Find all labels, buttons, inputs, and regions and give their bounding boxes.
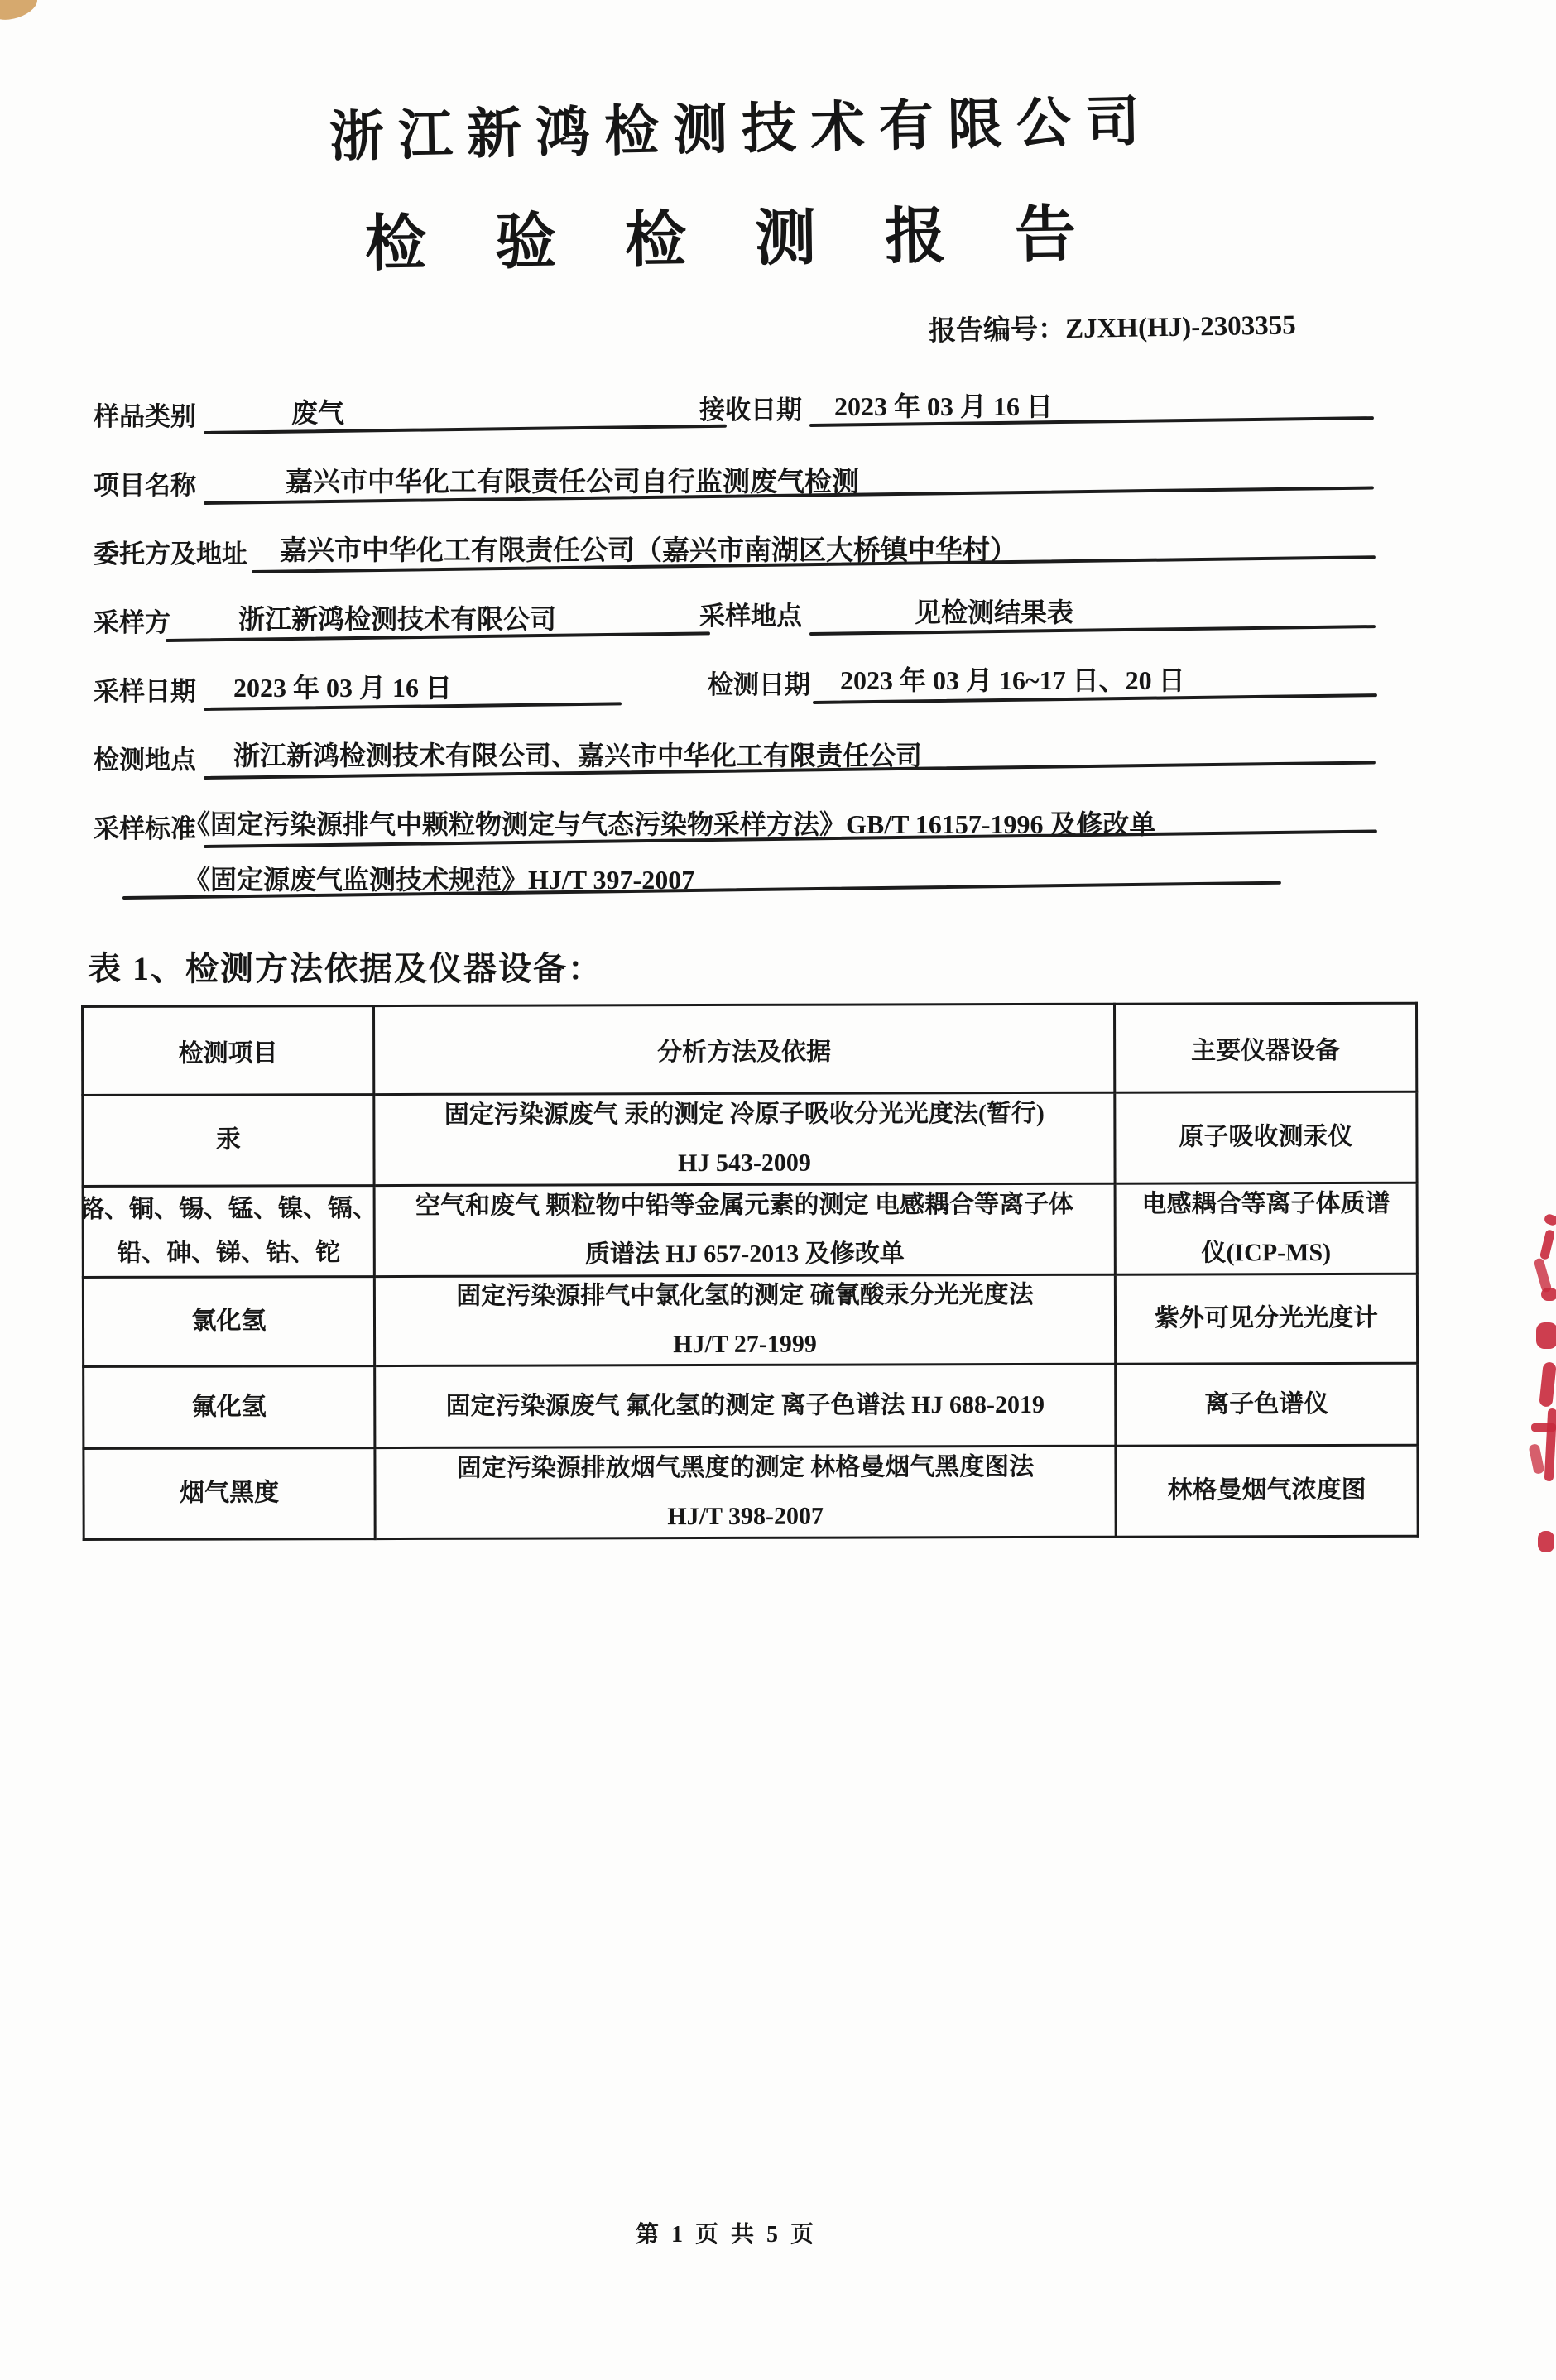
- col-header-instrument: 主要仪器设备: [1114, 1003, 1416, 1092]
- cell-method: 固定污染源废气 汞的测定 冷原子吸收分光光度法(暂行)HJ 543-2009: [374, 1092, 1115, 1185]
- cell-instrument: 离子色谱仪: [1116, 1363, 1418, 1446]
- cell-instrument: 原子吸收测汞仪: [1115, 1092, 1417, 1183]
- stamp-fragment-icon: [1539, 1229, 1555, 1260]
- sampler-label: 采样方: [94, 602, 170, 639]
- sample-category-label: 样品类别: [94, 396, 196, 433]
- test-item-text: 烟气黑度: [180, 1480, 279, 1509]
- receive-date-label: 接收日期: [699, 389, 802, 426]
- cell-test-item: 氯化氢: [83, 1277, 374, 1367]
- stamp-fragment-icon: [1544, 1408, 1556, 1481]
- method-standard: HJ 543-2009: [678, 1149, 811, 1178]
- table-row: 汞 固定污染源废气 汞的测定 冷原子吸收分光光度法(暂行)HJ 543-2009…: [83, 1092, 1417, 1186]
- cell-test-item: 氟化氢: [84, 1366, 375, 1449]
- stamp-fragment-icon: [1528, 1443, 1544, 1475]
- table1-methods-instruments: 检测项目 分析方法及依据 主要仪器设备 汞 固定污染源废气 汞的测定 冷原子吸收…: [81, 1002, 1419, 1541]
- instrument-text: 离子色谱仪: [1204, 1390, 1328, 1419]
- col-header-test-item: 检测项目: [83, 1006, 374, 1096]
- report-number: 报告编号：ZJXH(HJ)-2303355: [929, 303, 1296, 348]
- test-date-value: 2023 年 03 月 16~17 日、20 日: [840, 660, 1185, 698]
- sampling-date-value: 2023 年 03 月 16 日: [233, 667, 452, 705]
- method-text: 固定污染源排放烟气黑度的测定 林格曼烟气黑度图法: [457, 1453, 1035, 1483]
- scan-smudge: [0, 0, 41, 25]
- method-text: 固定污染源废气 氟化氢的测定 离子色谱法 HJ 688-2019: [446, 1391, 1045, 1421]
- stamp-fragment-icon: [1536, 1322, 1556, 1349]
- test-item-text: 汞: [216, 1126, 241, 1155]
- table-row: 氟化氢 固定污染源废气 氟化氢的测定 离子色谱法 HJ 688-2019 离子色…: [84, 1363, 1418, 1448]
- cell-test-item: 铬、铜、锡、锰、镍、镉、铅、砷、锑、钴、铊: [83, 1186, 374, 1278]
- test-item-text: 氯化氢: [191, 1308, 266, 1336]
- stamp-fragment-icon: [1539, 1361, 1556, 1407]
- test-item-text: 铬、铜、锡、锰、镍、镉、: [83, 1195, 374, 1224]
- col-header-method: 分析方法及依据: [374, 1004, 1115, 1094]
- receive-date-value: 2023 年 03 月 16 日: [834, 386, 1053, 424]
- table-row: 铬、铜、锡、锰、镍、镉、铅、砷、锑、钴、铊 空气和废气 颗粒物中铅等金属元素的测…: [83, 1183, 1417, 1277]
- report-number-value: ZJXH(HJ)-2303355: [1065, 310, 1296, 344]
- table1-caption: 表 1、检测方法依据及仪器设备：: [88, 943, 603, 990]
- method-text: 固定污染源废气 汞的测定 冷原子吸收分光光度法(暂行): [444, 1100, 1045, 1130]
- report-page: 浙江新鸿检测技术有限公司 检验检测报告 报告编号：ZJXH(HJ)-230335…: [0, 0, 1556, 2380]
- cell-test-item: 汞: [83, 1095, 374, 1187]
- sampling-date-label: 采样日期: [94, 670, 196, 708]
- instrument-text: 林格曼烟气浓度图: [1167, 1476, 1366, 1505]
- report-number-label: 报告编号：: [929, 314, 1066, 347]
- method-standard: HJ/T 398-2007: [667, 1502, 824, 1531]
- sampling-site-value: 见检测结果表: [915, 592, 1073, 630]
- instrument-text: 原子吸收测汞仪: [1179, 1123, 1352, 1152]
- method-standard: 质谱法 HJ 657-2013 及修改单: [585, 1240, 905, 1269]
- method-text: 固定污染源排气中氯化氢的测定 硫氰酸汞分光光度法: [456, 1281, 1034, 1311]
- stamp-fragment-icon: [1538, 1531, 1554, 1552]
- sampling-site-label: 采样地点: [699, 595, 802, 632]
- instrument-text: 电感耦合等离子体质谱: [1142, 1190, 1390, 1219]
- test-site-label: 检测地点: [94, 739, 196, 776]
- method-text: 空气和废气 颗粒物中铅等金属元素的测定 电感耦合等离子体: [415, 1191, 1073, 1221]
- company-name: 浙江新鸿检测技术有限公司: [329, 77, 1155, 171]
- cell-method: 固定污染源排放烟气黑度的测定 林格曼烟气黑度图法HJ/T 398-2007: [375, 1446, 1116, 1538]
- project-name-value: 嘉兴市中华化工有限责任公司自行监测废气检测: [286, 460, 859, 499]
- table-row: 氯化氢 固定污染源排气中氯化氢的测定 硫氰酸汞分光光度法HJ/T 27-1999…: [83, 1274, 1417, 1366]
- page-number: 第 1 页 共 5 页: [636, 2216, 817, 2249]
- underline: [204, 425, 727, 434]
- cell-method: 固定污染源排气中氯化氢的测定 硫氰酸汞分光光度法HJ/T 27-1999: [374, 1274, 1115, 1365]
- cell-method: 固定污染源废气 氟化氢的测定 离子色谱法 HJ 688-2019: [375, 1364, 1116, 1447]
- table-header-row: 检测项目 分析方法及依据 主要仪器设备: [83, 1003, 1417, 1095]
- client-address-label: 委托方及地址: [94, 533, 247, 570]
- cell-test-item: 烟气黑度: [84, 1448, 375, 1540]
- table-row: 烟气黑度 固定污染源排放烟气黑度的测定 林格曼烟气黑度图法HJ/T 398-20…: [84, 1445, 1418, 1539]
- sampling-standard-label: 采样标准: [94, 808, 196, 845]
- sampler-value: 浙江新鸿检测技术有限公司: [238, 598, 556, 636]
- stamp-fragment-icon: [1543, 1213, 1556, 1227]
- sample-category-value: 废气: [291, 392, 344, 430]
- cell-instrument: 林格曼烟气浓度图: [1116, 1445, 1418, 1537]
- report-title: 检验检测报告: [364, 185, 1145, 283]
- method-standard: HJ/T 27-1999: [673, 1330, 817, 1359]
- cell-instrument: 电感耦合等离子体质谱仪(ICP-MS): [1115, 1183, 1417, 1274]
- stamp-fragment-icon: [1541, 1288, 1556, 1301]
- cell-instrument: 紫外可见分光光度计: [1115, 1274, 1417, 1364]
- cell-method: 空气和废气 颗粒物中铅等金属元素的测定 电感耦合等离子体质谱法 HJ 657-2…: [374, 1183, 1115, 1276]
- project-name-label: 项目名称: [94, 464, 196, 501]
- test-item-text: 氟化氢: [192, 1393, 267, 1422]
- test-site-value: 浙江新鸿检测技术有限公司、嘉兴市中华化工有限责任公司: [233, 735, 922, 773]
- test-date-label: 检测日期: [708, 664, 810, 701]
- underline: [809, 625, 1376, 636]
- instrument-text: 紫外可见分光光度计: [1155, 1304, 1378, 1333]
